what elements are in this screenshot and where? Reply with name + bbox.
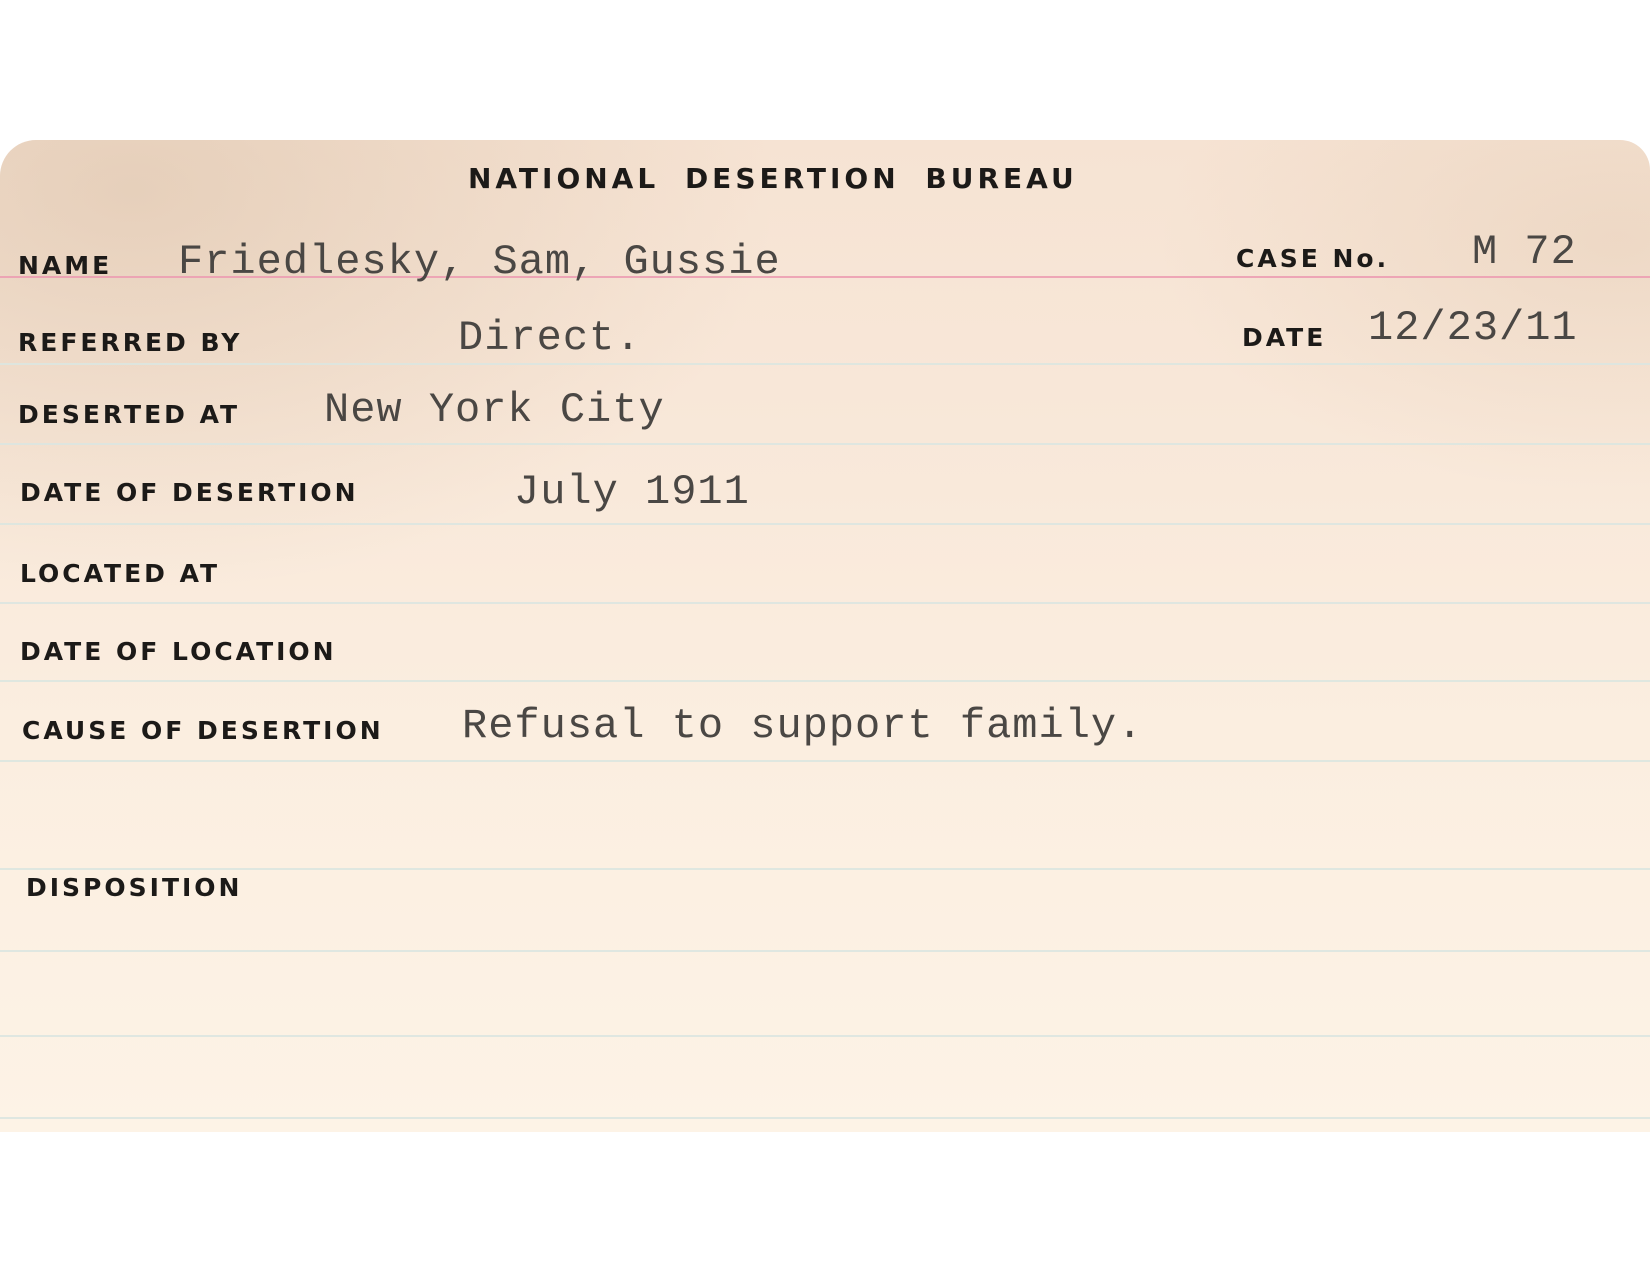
card-title: NATIONAL DESERTION BUREAU (468, 162, 1078, 195)
blue-rule-line (0, 602, 1650, 604)
deserted-at-label: DESERTED AT (18, 400, 240, 429)
blue-rule-line (0, 680, 1650, 682)
name-value: Friedlesky, Sam, Gussie (178, 238, 781, 286)
date-of-desertion-label: DATE OF DESERTION (20, 478, 359, 507)
blue-rule-line (0, 523, 1650, 525)
disposition-label: DISPOSITION (26, 873, 242, 902)
case-no-value: M 72 (1472, 228, 1577, 276)
deserted-at-value: New York City (324, 386, 665, 434)
blue-rule-line (0, 443, 1650, 445)
index-card: NATIONAL DESERTION BUREAU NAME Friedlesk… (0, 140, 1650, 1132)
referred-by-value: Direct. (458, 314, 641, 362)
case-no-label: CASE No. (1236, 244, 1389, 273)
cause-of-desertion-label: CAUSE OF DESERTION (22, 716, 384, 745)
blue-rule-line (0, 1117, 1650, 1119)
blue-rule-line (0, 1035, 1650, 1037)
blue-rule-line (0, 363, 1650, 365)
date-of-desertion-value: July 1911 (514, 468, 750, 516)
date-value: 12/23/11 (1368, 304, 1578, 352)
blue-rule-line (0, 760, 1650, 762)
located-at-label: LOCATED AT (20, 559, 220, 588)
blue-rule-line (0, 950, 1650, 952)
cause-of-desertion-value: Refusal to support family. (462, 702, 1143, 750)
date-of-location-label: DATE OF LOCATION (20, 637, 337, 666)
name-label: NAME (18, 251, 112, 280)
referred-by-label: REFERRED BY (18, 328, 242, 357)
blue-rule-line (0, 868, 1650, 870)
date-label: DATE (1242, 323, 1326, 352)
